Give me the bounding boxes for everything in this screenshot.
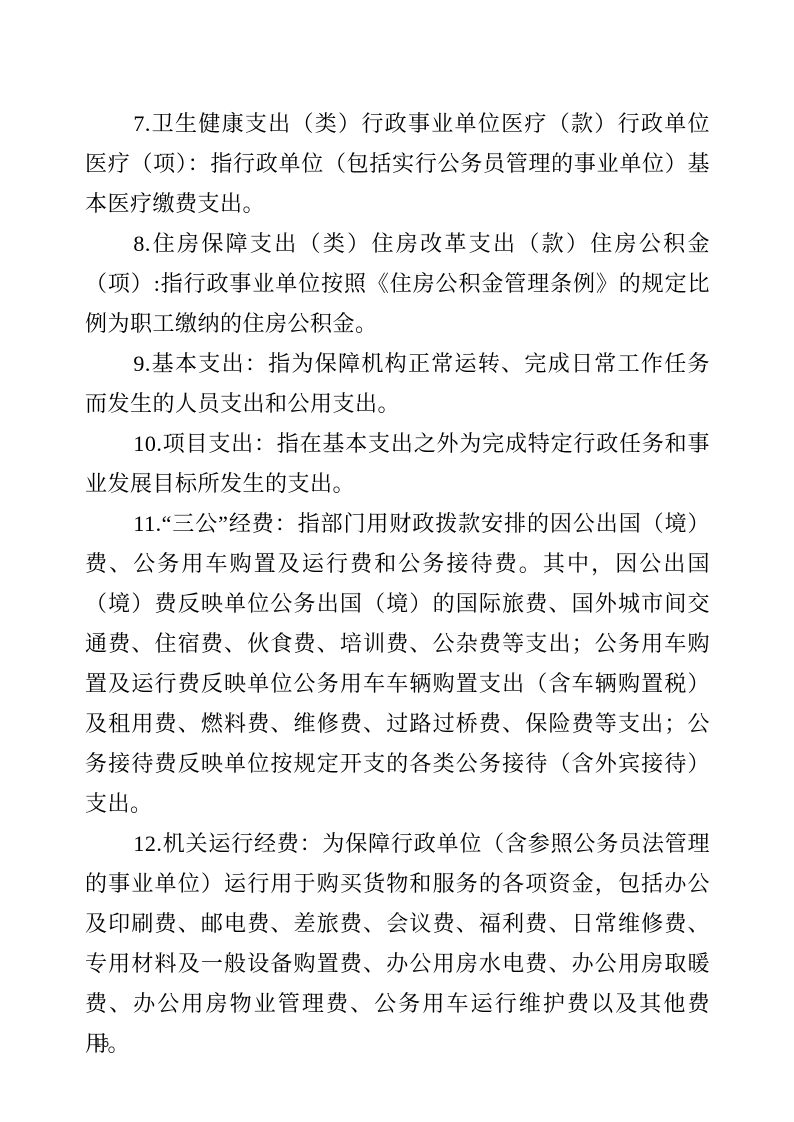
document-page: 7.卫生健康支出（类）行政事业单位医疗（款）行政单位医疗（项）：指行政单位（包括…: [0, 0, 794, 1122]
paragraph-agency-operating-funds: 12.机关运行经费：为保障行政单位（含参照公务员法管理的事业单位）运行用于购买货…: [85, 824, 710, 1064]
paragraph-project-expenditure: 10.项目支出：指在基本支出之外为完成特定行政任务和事业发展目标所发生的支出。: [85, 424, 710, 504]
paragraph-basic-expenditure: 9.基本支出：指为保障机构正常运转、完成日常工作任务而发生的人员支出和公用支出。: [85, 344, 710, 424]
paragraph-three-public-funds: 11.“三公”经费：指部门用财政拨款安排的因公出国（境）费、公务用车购置及运行费…: [85, 504, 710, 824]
paragraph-health-expenditure: 7.卫生健康支出（类）行政事业单位医疗（款）行政单位医疗（项）：指行政单位（包括…: [85, 104, 710, 224]
page-number: 16: [94, 1036, 109, 1050]
paragraph-housing-security: 8.住房保障支出（类）住房改革支出（款）住房公积金（项）:指行政事业单位按照《住…: [85, 224, 710, 344]
document-body: 7.卫生健康支出（类）行政事业单位医疗（款）行政单位医疗（项）：指行政单位（包括…: [85, 104, 710, 1064]
